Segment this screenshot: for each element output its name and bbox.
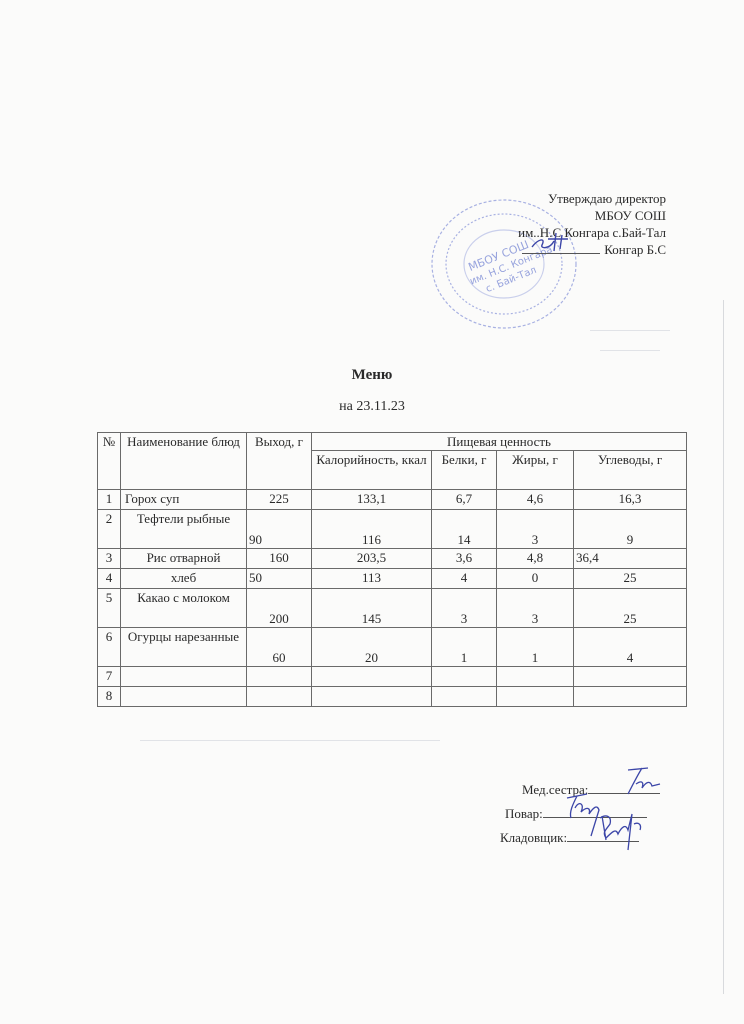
- director-name: Конгар Б.С: [604, 242, 666, 257]
- cell-output: [247, 687, 312, 707]
- cell-fat: [497, 667, 574, 687]
- table-row: 2Тефтели рыбные901161439: [98, 510, 687, 549]
- cell-protein: 3,6: [432, 549, 497, 569]
- cell-kcal: 20: [312, 628, 432, 667]
- cell-no: 4: [98, 569, 121, 589]
- cell-no: 8: [98, 687, 121, 707]
- cell-output: [247, 667, 312, 687]
- cell-fat: 0: [497, 569, 574, 589]
- header-name: Наименование блюд: [121, 433, 247, 490]
- bleed-through: [600, 350, 660, 351]
- header-protein: Белки, г: [432, 451, 497, 490]
- table-row: 6Огурцы нарезанные6020114: [98, 628, 687, 667]
- header-nutrition-group: Пищевая ценность: [312, 433, 687, 451]
- cell-no: 3: [98, 549, 121, 569]
- cell-protein: [432, 687, 497, 707]
- bleed-through: [140, 740, 440, 741]
- cell-fat: 1: [497, 628, 574, 667]
- signoff-label: Кладовщик:: [500, 830, 567, 845]
- cell-kcal: [312, 687, 432, 707]
- cell-kcal: [312, 667, 432, 687]
- cell-kcal: 133,1: [312, 490, 432, 510]
- cell-carbs: [574, 667, 687, 687]
- director-signature-icon: [528, 229, 588, 255]
- signoff-label: Повар:: [505, 806, 543, 821]
- cell-carbs: 16,3: [574, 490, 687, 510]
- cell-fat: [497, 687, 574, 707]
- cell-carbs: 4: [574, 628, 687, 667]
- cell-name: [121, 687, 247, 707]
- approval-block: Утверждаю директор МБОУ СОШ им..Н.С Конг…: [518, 190, 666, 258]
- approval-line: Утверждаю директор: [518, 190, 666, 207]
- cell-no: 2: [98, 510, 121, 549]
- cell-no: 7: [98, 667, 121, 687]
- cell-output: 160: [247, 549, 312, 569]
- cell-protein: 4: [432, 569, 497, 589]
- header-carbs: Углеводы, г: [574, 451, 687, 490]
- cell-carbs: 36,4: [574, 549, 687, 569]
- signoffs-block: Мед.сестра: Повар: Кладовщик:: [520, 778, 660, 850]
- bleed-through: [590, 330, 670, 331]
- cell-carbs: [574, 687, 687, 707]
- header-kcal: Калорийность, ккал: [312, 451, 432, 490]
- cell-carbs: 25: [574, 569, 687, 589]
- approval-line: МБОУ СОШ: [518, 207, 666, 224]
- cell-no: 5: [98, 589, 121, 628]
- cell-kcal: 145: [312, 589, 432, 628]
- cell-protein: [432, 667, 497, 687]
- cell-output: 60: [247, 628, 312, 667]
- cell-protein: 3: [432, 589, 497, 628]
- table-row: 1Горох суп225133,16,74,616,3: [98, 490, 687, 510]
- director-signature-line: [522, 241, 600, 254]
- cell-fat: 3: [497, 510, 574, 549]
- table-row: 5Какао с молоком2001453325: [98, 589, 687, 628]
- cell-protein: 6,7: [432, 490, 497, 510]
- storekeeper-signature-icon: [592, 810, 650, 854]
- signoff-storekeeper: Кладовщик:: [500, 826, 660, 850]
- cell-name: [121, 667, 247, 687]
- document-title: Меню: [0, 367, 744, 384]
- cell-fat: 3: [497, 589, 574, 628]
- cell-fat: 4,6: [497, 490, 574, 510]
- cell-protein: 14: [432, 510, 497, 549]
- table-row: 7: [98, 667, 687, 687]
- table-row: 4хлеб501134025: [98, 569, 687, 589]
- cell-name: Рис отварной: [121, 549, 247, 569]
- cell-name: Тефтели рыбные: [121, 510, 247, 549]
- header-fat: Жиры, г: [497, 451, 574, 490]
- cell-output: 90: [247, 510, 312, 549]
- header-output: Выход, г: [247, 433, 312, 490]
- cell-carbs: 9: [574, 510, 687, 549]
- cell-kcal: 116: [312, 510, 432, 549]
- cell-output: 225: [247, 490, 312, 510]
- cell-output: 50: [247, 569, 312, 589]
- cell-name: хлеб: [121, 569, 247, 589]
- cell-no: 1: [98, 490, 121, 510]
- cell-name: Какао с молоком: [121, 589, 247, 628]
- table-row: 8: [98, 687, 687, 707]
- header-no: №: [98, 433, 121, 490]
- document-date: на 23.11.23: [0, 399, 744, 415]
- cell-carbs: 25: [574, 589, 687, 628]
- cell-name: Горох суп: [121, 490, 247, 510]
- cell-name: Огурцы нарезанные: [121, 628, 247, 667]
- cell-kcal: 203,5: [312, 549, 432, 569]
- nurse-signature-icon: [620, 764, 664, 798]
- cell-protein: 1: [432, 628, 497, 667]
- cell-kcal: 113: [312, 569, 432, 589]
- approval-signature-row: Конгар Б.С: [518, 241, 666, 258]
- table-row: 3Рис отварной160203,53,64,836,4: [98, 549, 687, 569]
- menu-table: № Наименование блюд Выход, г Пищевая цен…: [97, 432, 687, 707]
- cell-output: 200: [247, 589, 312, 628]
- cell-no: 6: [98, 628, 121, 667]
- cell-fat: 4,8: [497, 549, 574, 569]
